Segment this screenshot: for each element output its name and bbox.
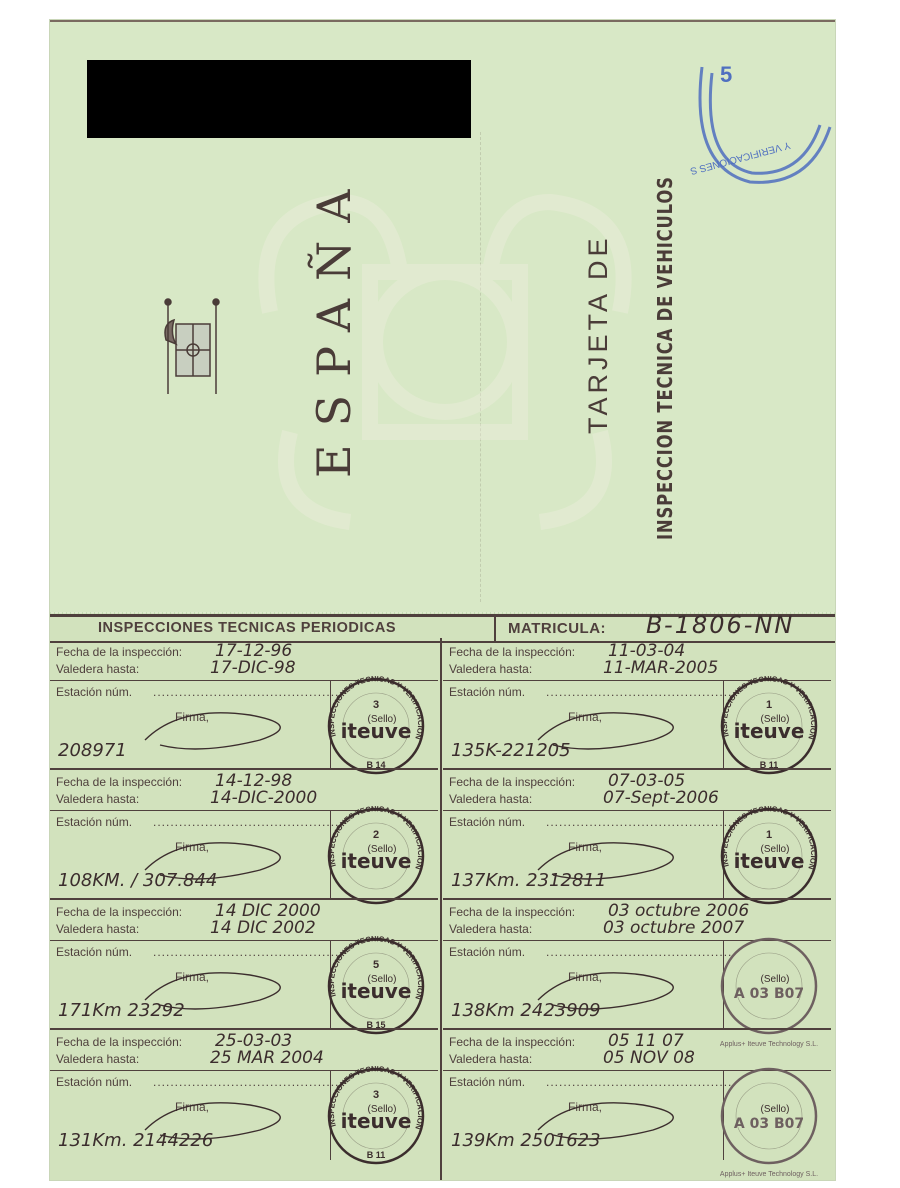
inspection-stamp-icon: A 03 B07 (Sello) Applus+ Iteuve Technolo…: [713, 1066, 825, 1181]
svg-text:3: 3: [373, 699, 379, 711]
fecha-label: Fecha de la inspección:: [56, 775, 182, 789]
estacion-dots: ........................................…: [546, 945, 732, 959]
inspection-entry: Fecha de la inspección: 14-12-98 Valeder…: [50, 770, 438, 900]
svg-text:Applus+ Iteuve Technology S.L.: Applus+ Iteuve Technology S.L.: [720, 1171, 818, 1178]
valedera-label: Valedera hasta:: [449, 1052, 532, 1066]
valedera-value: 05 NOV 08: [603, 1048, 695, 1068]
estacion-label: Estación núm.: [449, 815, 525, 829]
svg-text:(Sello): (Sello): [368, 974, 397, 985]
fecha-label: Fecha de la inspección:: [449, 905, 575, 919]
blue-stamp-icon: Y VERIFICACIONES SA 5: [690, 47, 840, 197]
valedera-value: 07-Sept-2006: [603, 788, 719, 808]
signature-icon: [140, 700, 310, 760]
svg-text:5: 5: [720, 62, 732, 87]
svg-text:(Sello): (Sello): [761, 1104, 790, 1115]
valedera-label: Valedera hasta:: [56, 792, 139, 806]
odometer-note: 208971: [58, 740, 127, 761]
odometer-note: 137Km. 2312811: [451, 870, 606, 891]
header-divider: [494, 614, 496, 641]
svg-text:2: 2: [373, 829, 379, 841]
estacion-label: Estación núm.: [56, 1075, 132, 1089]
country-title: ESPAÑA: [307, 171, 361, 478]
svg-text:1: 1: [766, 829, 772, 841]
svg-text:(Sello): (Sello): [761, 714, 790, 725]
inspection-entry: Fecha de la inspección: 25-03-03 Valeder…: [50, 1030, 438, 1160]
svg-text:5: 5: [373, 959, 379, 971]
odometer-note: 171Km 23292: [58, 1000, 185, 1021]
odometer-note: 135K-221205: [451, 740, 571, 761]
column-divider: [440, 638, 442, 1180]
valedera-value: 25 MAR 2004: [210, 1048, 324, 1068]
coat-of-arms-icon: [162, 294, 222, 404]
valedera-label: Valedera hasta:: [449, 662, 532, 676]
inspection-entry: Fecha de la inspección: 03 octubre 2006 …: [443, 900, 831, 1030]
estacion-dots: ........................................…: [153, 945, 339, 959]
svg-text:3: 3: [373, 1089, 379, 1101]
svg-text:(Sello): (Sello): [368, 1104, 397, 1115]
fecha-label: Fecha de la inspección:: [449, 645, 575, 659]
inspection-stamp-icon: 2 iteuve (Sello) INSPECCIONES TECNICAS Y…: [320, 806, 432, 906]
estacion-dots: ........................................…: [546, 1075, 732, 1089]
inspection-entry: Fecha de la inspección: 05 11 07 Valeder…: [443, 1030, 831, 1160]
fecha-label: Fecha de la inspección:: [449, 1035, 575, 1049]
svg-text:(Sello): (Sello): [761, 844, 790, 855]
valedera-label: Valedera hasta:: [56, 1052, 139, 1066]
card-title-line2: INSPECCION TECNICA DE VEHICULOS: [653, 176, 677, 540]
valedera-value: 11-MAR-2005: [603, 658, 718, 678]
valedera-value: 14 DIC 2002: [210, 918, 316, 938]
fecha-label: Fecha de la inspección:: [56, 645, 182, 659]
valedera-label: Valedera hasta:: [56, 922, 139, 936]
estacion-label: Estación núm.: [449, 1075, 525, 1089]
estacion-label: Estación núm.: [56, 815, 132, 829]
svg-text:1: 1: [766, 699, 772, 711]
inspection-card: ESPAÑA TARJETA DE INSPECCION TECNICA DE …: [50, 20, 835, 1180]
valedera-value: 17-DIC-98: [210, 658, 296, 678]
inspection-stamp-icon: 3 iteuve (Sello) B 14 INSPECCIONES TECNI…: [320, 676, 432, 776]
inspection-entry: Fecha de la inspección: 14 DIC 2000 Vale…: [50, 900, 438, 1030]
estacion-label: Estación núm.: [56, 945, 132, 959]
section-header: INSPECCIONES TECNICAS PERIODICAS MATRICU…: [50, 614, 835, 643]
estacion-dots: ........................................…: [153, 685, 339, 699]
valedera-value: 14-DIC-2000: [210, 788, 317, 808]
valedera-label: Valedera hasta:: [449, 792, 532, 806]
matricula-value: B-1806-NN: [646, 611, 794, 639]
inspection-entry: Fecha de la inspección: 17-12-96 Valeder…: [50, 640, 438, 770]
inspection-stamp-icon: 5 iteuve (Sello) B 15 INSPECCIONES TECNI…: [320, 936, 432, 1036]
odometer-note: 131Km. 2144226: [58, 1130, 213, 1151]
estacion-label: Estación núm.: [56, 685, 132, 699]
inspection-entry: Fecha de la inspección: 07-03-05 Valeder…: [443, 770, 831, 900]
inspections-section: INSPECCIONES TECNICAS PERIODICAS MATRICU…: [50, 614, 835, 1180]
redacted-block: [87, 60, 471, 138]
inspection-stamp-icon: 1 iteuve (Sello) B 11 INSPECCIONES TECNI…: [713, 676, 825, 776]
inspection-stamp-icon: 3 iteuve (Sello) B 11 INSPECCIONES TECNI…: [320, 1066, 432, 1166]
fecha-label: Fecha de la inspección:: [56, 1035, 182, 1049]
fecha-label: Fecha de la inspección:: [449, 775, 575, 789]
svg-text:(Sello): (Sello): [368, 844, 397, 855]
odometer-note: 139Km 2501623: [451, 1130, 601, 1151]
card-cover: ESPAÑA TARJETA DE INSPECCION TECNICA DE …: [50, 20, 835, 612]
svg-text:B 11: B 11: [367, 1150, 386, 1160]
estacion-dots: ........................................…: [153, 1075, 339, 1089]
svg-text:A 03 B07: A 03 B07: [734, 986, 804, 1002]
fecha-label: Fecha de la inspección:: [56, 905, 182, 919]
matricula-label: MATRICULA:: [508, 620, 606, 637]
estacion-dots: ........................................…: [546, 815, 732, 829]
estacion-dots: ........................................…: [153, 815, 339, 829]
svg-text:A 03 B07: A 03 B07: [734, 1116, 804, 1132]
estacion-dots: ........................................…: [546, 685, 732, 699]
svg-text:(Sello): (Sello): [761, 974, 790, 985]
estacion-label: Estación núm.: [449, 685, 525, 699]
card-title-line1: TARJETA DE: [583, 234, 614, 434]
svg-text:(Sello): (Sello): [368, 714, 397, 725]
valedera-label: Valedera hasta:: [56, 662, 139, 676]
section-title: INSPECCIONES TECNICAS PERIODICAS: [98, 620, 396, 636]
inspection-entry: Fecha de la inspección: 11-03-04 Valeder…: [443, 640, 831, 770]
odometer-note: 108KM. / 307.844: [58, 870, 217, 891]
odometer-note: 138Km 2423909: [451, 1000, 601, 1021]
valedera-label: Valedera hasta:: [449, 922, 532, 936]
inspection-stamp-icon: 1 iteuve (Sello) INSPECCIONES TECNICAS Y…: [713, 806, 825, 906]
valedera-value: 03 octubre 2007: [603, 918, 744, 938]
estacion-label: Estación núm.: [449, 945, 525, 959]
